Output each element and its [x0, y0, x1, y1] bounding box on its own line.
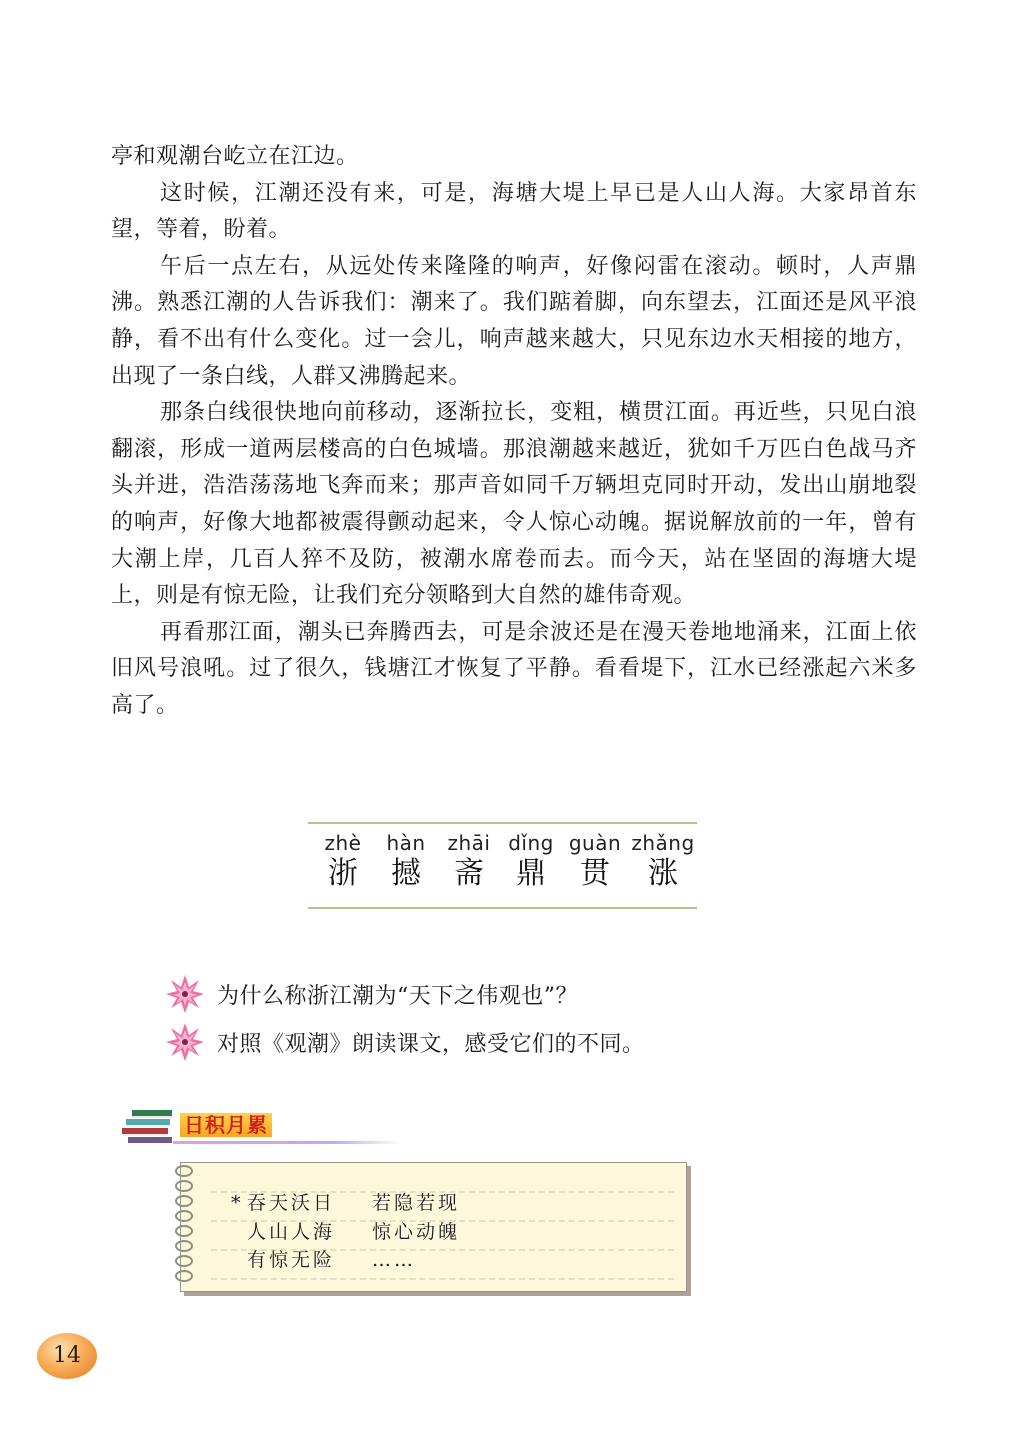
title-underline [173, 1141, 403, 1144]
paragraph: 再看那江面，潮头已奔腾西去，可是余波还是在漫天卷地地涌来，江面上依旧风号浪吼。过… [111, 615, 917, 725]
exercise-questions: 为什么称浙江潮为“天下之伟观也”？ 对照《观潮》朗读课文，感受它们的不同。 [165, 970, 645, 1066]
hanzi: 涨 [628, 856, 698, 892]
hanzi: 撼 [371, 856, 441, 892]
question-text: 为什么称浙江潮为“天下之伟观也”？ [217, 979, 578, 1010]
idiom: 惊心动魄 [372, 1218, 512, 1247]
vocab-item: zhāi 斋 [434, 824, 504, 892]
idiom: 人山人海 [247, 1218, 372, 1247]
pinyin: zhāi [434, 830, 504, 856]
pink-flower-icon [165, 974, 205, 1014]
section-header-accumulation: 日积月累 [118, 1105, 293, 1147]
question-item: 对照《观潮》朗读课文，感受它们的不同。 [165, 1018, 645, 1066]
ruled-line [211, 1278, 674, 1280]
vocab-item: hàn 撼 [371, 824, 441, 892]
new-characters-box: zhè 浙 hàn 撼 zhāi 斋 dǐng 鼎 guàn 贯 zhǎng 涨 [308, 822, 697, 909]
idiom-list: * 吞天沃日 若隐若现 人山人海 惊心动魄 有惊无险 …… [231, 1189, 512, 1275]
vocab-item: zhǎng 涨 [628, 824, 698, 892]
paragraph: 这时候，江潮还没有来，可是，海塘大堤上早已是人山人海。大家昂首东望，等着，盼着。 [111, 176, 917, 249]
paragraph: 亭和观潮台屹立在江边。 [111, 139, 917, 176]
idiom: 若隐若现 [372, 1189, 512, 1218]
pinyin: hàn [371, 830, 441, 856]
idiom: 有惊无险 [247, 1246, 372, 1275]
article-text: 亭和观潮台屹立在江边。 这时候，江潮还没有来，可是，海塘大堤上早已是人山人海。大… [111, 139, 917, 725]
idiom-row: * 吞天沃日 若隐若现 [231, 1189, 512, 1218]
paragraph: 那条白线很快地向前移动，逐渐拉长，变粗，横贯江面。再近些，只见白浪翻滚，形成一道… [111, 395, 917, 615]
question-item: 为什么称浙江潮为“天下之伟观也”？ [165, 970, 645, 1018]
hanzi: 鼎 [496, 856, 566, 892]
idiom: 吞天沃日 [247, 1189, 372, 1218]
idiom-ellipsis: …… [372, 1246, 512, 1275]
paragraph: 午后一点左右，从远处传来隆隆的响声，好像闷雷在滚动。顿时，人声鼎沸。熟悉江潮的人… [111, 249, 917, 395]
spiral-binding-icon [173, 1165, 195, 1289]
asterisk-mark: * [231, 1189, 247, 1218]
hanzi: 斋 [434, 856, 504, 892]
idiom-notecard: * 吞天沃日 若隐若现 人山人海 惊心动魄 有惊无险 …… [180, 1162, 687, 1292]
vocab-item: guàn 贯 [560, 824, 630, 892]
pinyin: zhè [308, 830, 378, 856]
question-text: 对照《观潮》朗读课文，感受它们的不同。 [217, 1027, 645, 1058]
pink-flower-icon [165, 1022, 205, 1062]
pinyin: dǐng [496, 830, 566, 856]
vocab-item: dǐng 鼎 [496, 824, 566, 892]
pinyin: zhǎng [628, 830, 698, 856]
section-title: 日积月累 [180, 1113, 272, 1137]
pinyin: guàn [560, 830, 630, 856]
vocab-item: zhè 浙 [308, 824, 378, 892]
hanzi: 浙 [308, 856, 378, 892]
page-number-badge: 14 [37, 1333, 97, 1379]
hanzi: 贯 [560, 856, 630, 892]
idiom-row: 人山人海 惊心动魄 [231, 1218, 512, 1247]
idiom-row: 有惊无险 …… [231, 1246, 512, 1275]
book-stack-icon [118, 1107, 180, 1145]
